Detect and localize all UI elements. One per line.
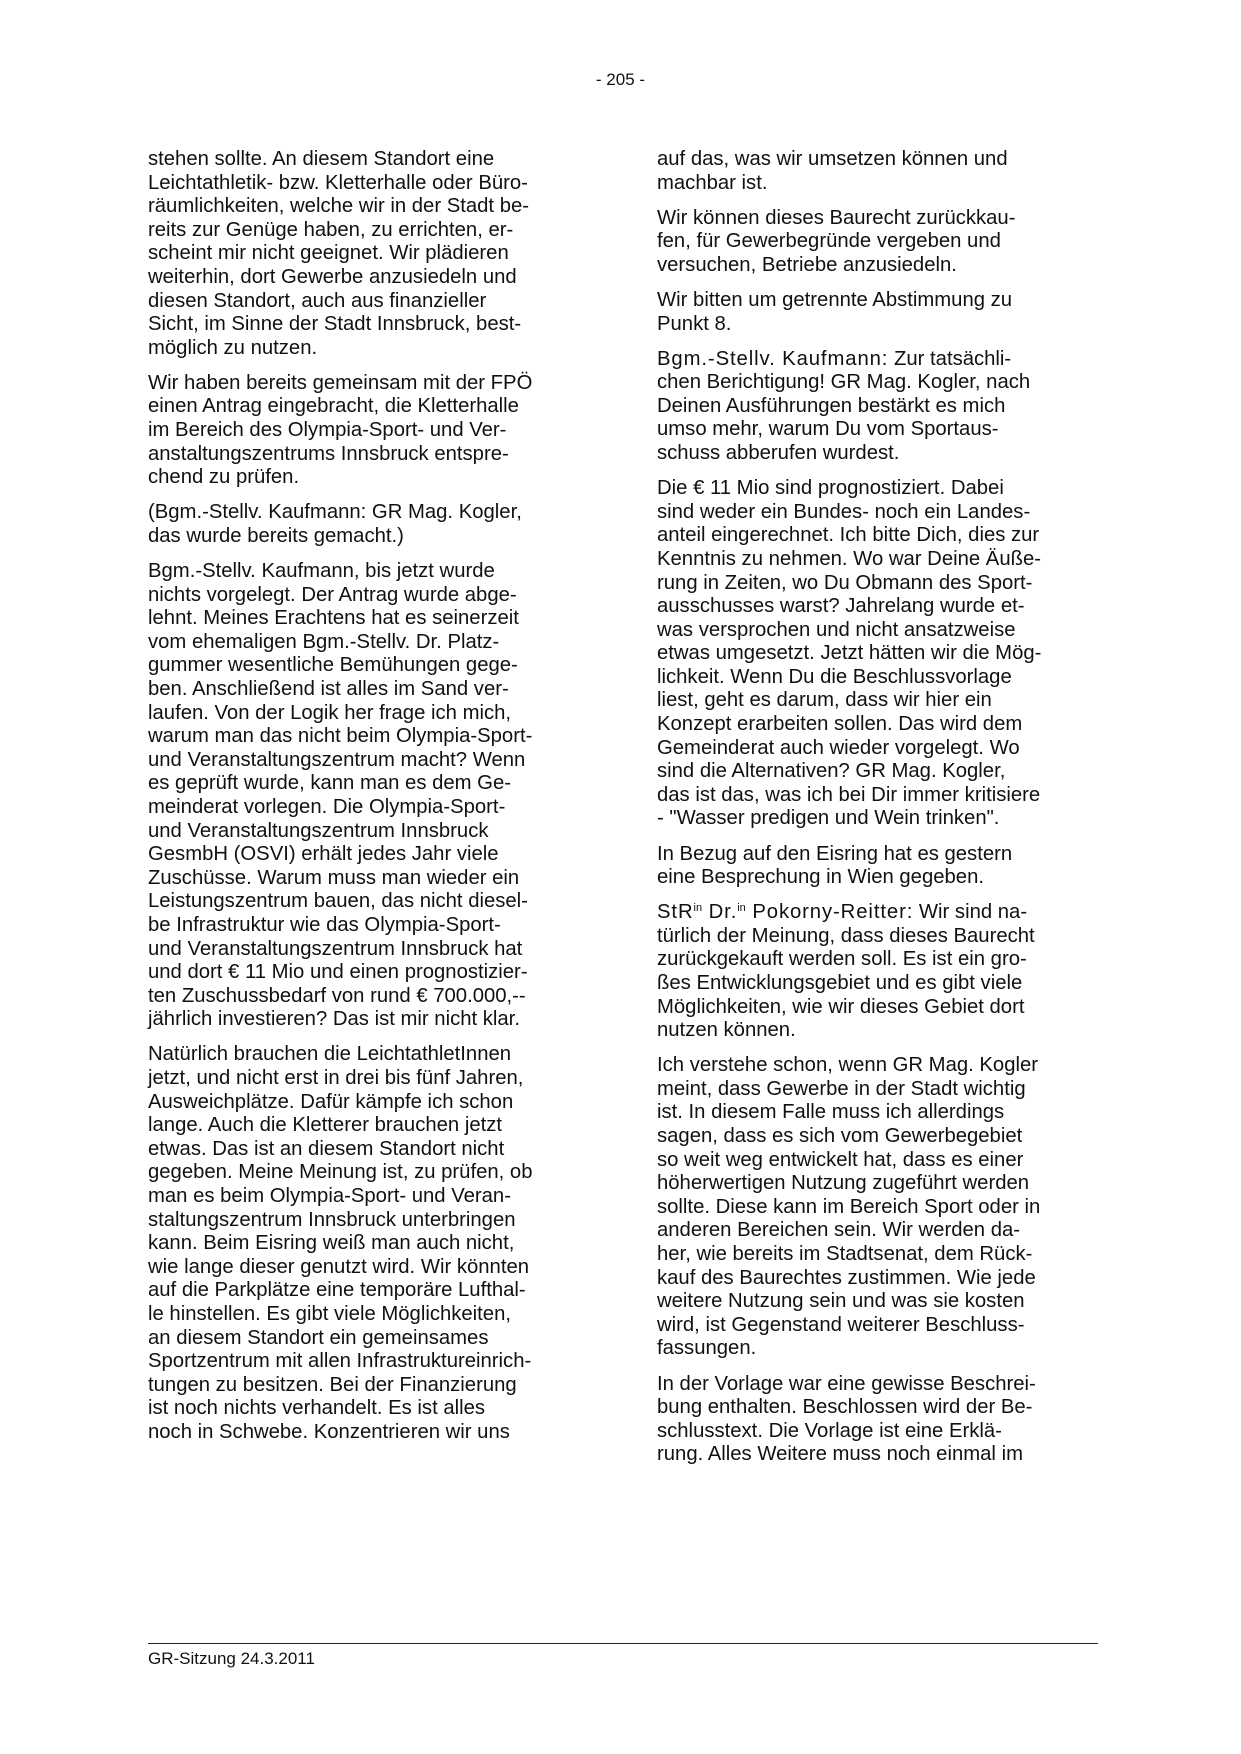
paragraph: Wir haben bereits gemeinsam mit der FPÖ … <box>148 372 588 490</box>
page-number: - 205 - <box>0 70 1241 90</box>
paragraph: Die € 11 Mio sind prognostiziert. Dabei … <box>657 477 1097 831</box>
paragraph: stehen sollte. An diesem Standort eine L… <box>148 148 588 360</box>
paragraph: In Bezug auf den Eisring hat es gestern … <box>657 843 1097 890</box>
superscript: in <box>694 902 703 914</box>
speaker-title: StR <box>657 901 694 923</box>
footer-session-date: GR-Sitzung 24.3.2011 <box>148 1649 315 1669</box>
paragraph: In der Vorlage war eine gewisse Beschrei… <box>657 1373 1097 1467</box>
speaker-name: StRin Dr.in Pokorny-Reitter: <box>657 901 913 923</box>
speaker-paragraph: StRin Dr.in Pokorny-Reitter: Wir sind na… <box>657 901 1097 1043</box>
superscript: in <box>737 902 746 914</box>
right-column: auf das, was wir umsetzen können und mac… <box>657 148 1097 1478</box>
footer-divider <box>148 1643 1098 1644</box>
paragraph: auf das, was wir umsetzen können und mac… <box>657 148 1097 195</box>
paragraph: Wir können dieses Baurecht zurückkau- fe… <box>657 207 1097 278</box>
left-column: stehen sollte. An diesem Standort eine L… <box>148 148 588 1456</box>
speaker-paragraph: Bgm.-Stellv. Kaufmann: Zur tatsächli- ch… <box>657 348 1097 466</box>
speaker-degree: Dr. <box>702 901 737 923</box>
paragraph: Natürlich brauchen die LeichtathletInnen… <box>148 1043 588 1444</box>
paragraph: Bgm.-Stellv. Kaufmann, bis jetzt wurde n… <box>148 560 588 1032</box>
paragraph: Ich verstehe schon, wenn GR Mag. Kogler … <box>657 1054 1097 1361</box>
speaker-surname: Pokorny-Reitter: <box>746 901 913 923</box>
paragraph: Wir bitten um getrennte Abstimmung zu Pu… <box>657 289 1097 336</box>
speaker-name: Bgm.-Stellv. Kaufmann: <box>657 348 888 370</box>
interjection-paragraph: (Bgm.-Stellv. Kaufmann: GR Mag. Kogler, … <box>148 501 588 548</box>
